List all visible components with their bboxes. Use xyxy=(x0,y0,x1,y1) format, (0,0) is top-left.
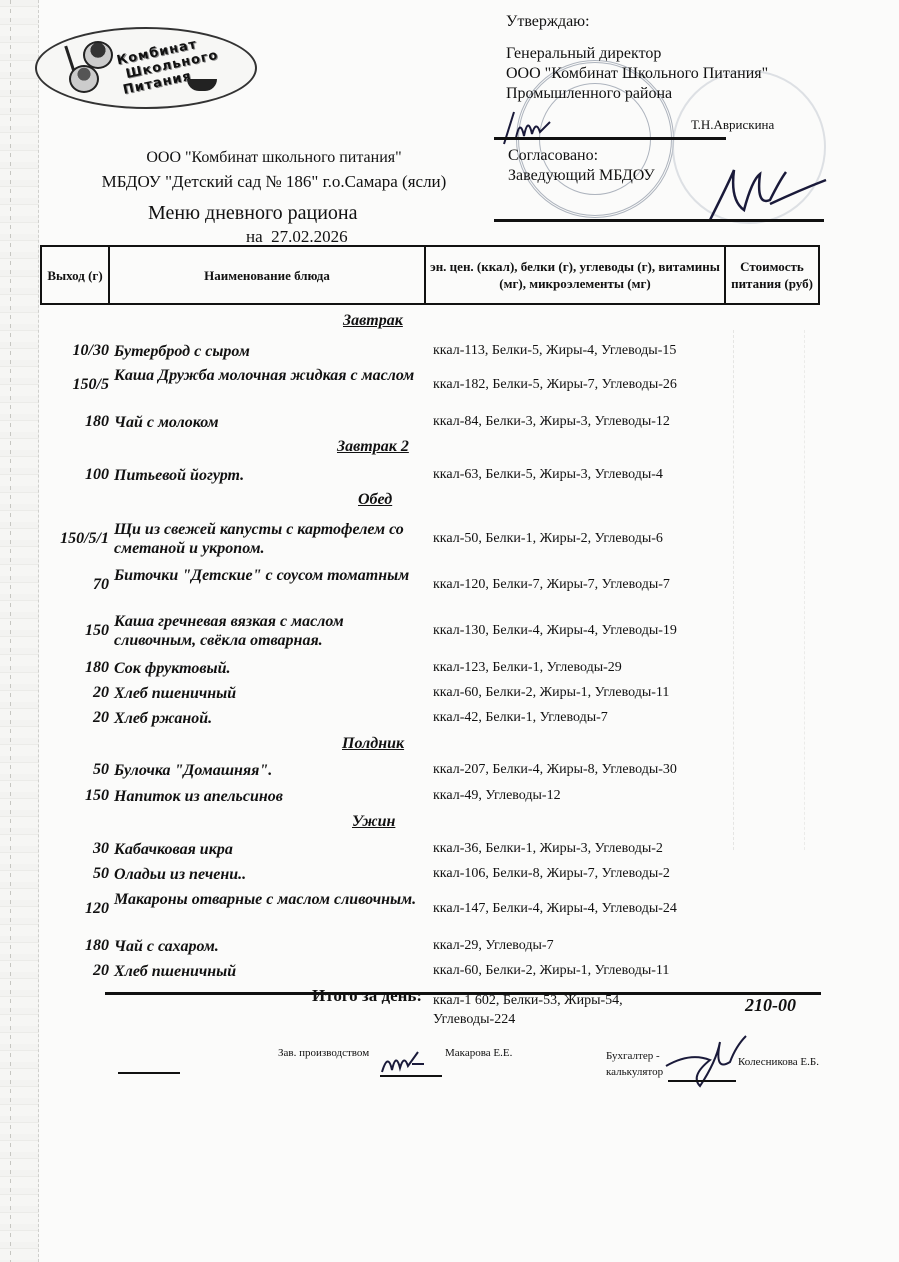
approver-name: Т.Н.Аврискина xyxy=(691,117,774,133)
yield-cell: 30 xyxy=(93,840,109,858)
yield-cell: 10/30 xyxy=(73,342,109,360)
production-name: Макарова Е.Е. xyxy=(445,1045,512,1061)
nutrition-cell: ккал-182, Белки-5, Жиры-7, Углеводы-26 xyxy=(433,377,677,393)
nutrition-cell: ккал-120, Белки-7, Жиры-7, Углеводы-7 xyxy=(433,577,670,593)
document-header: ООО "Комбинат школьного питания" МБДОУ "… xyxy=(0,146,540,194)
agreement-block: Согласовано: Заведующий МБДОУ xyxy=(508,146,655,186)
dish-name-cell: Макароны отварные с маслом сливочным. xyxy=(114,890,424,909)
yield-cell: 20 xyxy=(93,962,109,980)
nutrition-cell: ккал-130, Белки-4, Жиры-4, Углеводы-19 xyxy=(433,623,677,639)
approval-signature-line xyxy=(494,137,726,140)
header-cost: Стоимость питания (руб) xyxy=(726,247,818,303)
total-nutrition: ккал-1 602, Белки-53, Жиры-54, Углеводы-… xyxy=(433,991,673,1029)
header-nutrition: эн. цен. (ккал), белки (г), углеводы (г)… xyxy=(426,247,726,303)
production-label: Зав. производством xyxy=(278,1045,369,1061)
dish-name-cell: Булочка "Домашняя". xyxy=(114,761,424,780)
dish-name-cell: Сок фруктовый. xyxy=(114,659,424,678)
total-label: Итого за день: xyxy=(312,986,422,1006)
header-dish-name: Наименование блюда xyxy=(110,247,426,303)
yield-cell: 150 xyxy=(85,787,109,805)
dish-name-cell: Биточки "Детские" с соусом томатным xyxy=(114,566,424,585)
yield-cell: 150/5 xyxy=(73,376,109,394)
nutrition-cell: ккал-207, Белки-4, Жиры-8, Углеводы-30 xyxy=(433,762,677,778)
logo-children-icon xyxy=(67,41,113,91)
yield-cell: 50 xyxy=(93,761,109,779)
nutrition-cell: ккал-147, Белки-4, Жиры-4, Углеводы-24 xyxy=(433,901,677,917)
yield-cell: 180 xyxy=(85,413,109,431)
yield-cell: 120 xyxy=(85,900,109,918)
yield-cell: 50 xyxy=(93,865,109,883)
blank-signature-line xyxy=(118,1072,180,1074)
approver-signature xyxy=(500,108,560,148)
nutrition-cell: ккал-36, Белки-1, Жиры-3, Углеводы-2 xyxy=(433,841,663,857)
date-value: 27.02.2026 xyxy=(271,227,348,246)
section-heading: Ужин xyxy=(352,813,395,831)
total-cost: 210-00 xyxy=(745,995,796,1016)
yield-cell: 180 xyxy=(85,659,109,677)
company-logo: Комбинат Школьного Питания xyxy=(35,27,257,109)
approver-position: Генеральный директор xyxy=(506,44,768,64)
dish-name-cell: Хлеб пшеничный xyxy=(114,684,424,703)
yield-cell: 70 xyxy=(93,576,109,594)
dish-name-cell: Каша гречневая вязкая с маслом сливочным… xyxy=(114,612,424,650)
logo-text: Комбинат Школьного Питания xyxy=(116,31,233,98)
menu-table-header: Выход (г) Наименование блюда эн. цен. (к… xyxy=(40,245,820,305)
yield-cell: 20 xyxy=(93,709,109,727)
yield-cell: 150 xyxy=(85,622,109,640)
section-heading: Завтрак xyxy=(343,312,403,330)
section-heading: Завтрак 2 xyxy=(337,438,409,456)
nutrition-cell: ккал-106, Белки-8, Жиры-7, Углеводы-2 xyxy=(433,866,670,882)
nutrition-cell: ккал-29, Углеводы-7 xyxy=(433,938,554,954)
agreed-position: Заведующий МБДОУ xyxy=(508,166,655,186)
yield-cell: 150/5/1 xyxy=(60,530,109,548)
dish-name-cell: Кабачковая икра xyxy=(114,840,424,859)
dish-name-cell: Хлеб пшеничный xyxy=(114,962,424,981)
dish-name-cell: Бутерброд с сыром xyxy=(114,342,424,361)
accountant-name: Колесникова Е.Б. xyxy=(738,1054,819,1070)
yield-cell: 100 xyxy=(85,466,109,484)
dish-name-cell: Чай с сахаром. xyxy=(114,937,424,956)
nutrition-cell: ккал-50, Белки-1, Жиры-2, Углеводы-6 xyxy=(433,531,663,547)
yield-cell: 20 xyxy=(93,684,109,702)
dish-name-cell: Каша Дружба молочная жидкая с маслом xyxy=(114,366,424,385)
dish-name-cell: Питьевой йогурт. xyxy=(114,466,424,485)
dish-name-cell: Чай с молоком xyxy=(114,413,424,432)
nutrition-cell: ккал-60, Белки-2, Жиры-1, Углеводы-11 xyxy=(433,963,669,979)
header-yield: Выход (г) xyxy=(42,247,110,303)
dish-name-cell: Напиток из апельсинов xyxy=(114,787,424,806)
nutrition-cell: ккал-63, Белки-5, Жиры-3, Углеводы-4 xyxy=(433,467,663,483)
bleed-through-column xyxy=(733,330,805,850)
org-name: ООО "Комбинат школьного питания" xyxy=(0,146,540,170)
dish-name-cell: Оладьи из печени.. xyxy=(114,865,424,884)
production-signature xyxy=(378,1046,448,1078)
dish-name-cell: Хлеб ржаной. xyxy=(114,709,424,728)
approval-block: Утверждаю: Генеральный директор ООО "Ком… xyxy=(506,12,768,104)
menu-date: на 27.02.2026 xyxy=(246,227,348,247)
dish-name-cell: Щи из свежей капусты с картофелем со сме… xyxy=(114,520,424,558)
agreement-signature-line xyxy=(494,219,824,222)
nutrition-cell: ккал-42, Белки-1, Углеводы-7 xyxy=(433,710,608,726)
nutrition-cell: ккал-49, Углеводы-12 xyxy=(433,788,561,804)
accountant-signature xyxy=(660,1032,750,1092)
agreed-label: Согласовано: xyxy=(508,146,655,166)
approve-label: Утверждаю: xyxy=(506,12,768,32)
page-title: Меню дневного рациона xyxy=(148,202,358,225)
approver-district: Промышленного района xyxy=(506,84,768,104)
nutrition-cell: ккал-60, Белки-2, Жиры-1, Углеводы-11 xyxy=(433,685,669,701)
production-signature-line xyxy=(380,1075,442,1077)
nutrition-cell: ккал-123, Белки-1, Углеводы-29 xyxy=(433,660,622,676)
section-heading: Полдник xyxy=(342,735,404,753)
accountant-signature-line xyxy=(668,1080,736,1082)
nutrition-cell: ккал-84, Белки-3, Жиры-3, Углеводы-12 xyxy=(433,414,670,430)
nutrition-cell: ккал-113, Белки-5, Жиры-4, Углеводы-15 xyxy=(433,343,676,359)
institution-name: МБДОУ "Детский сад № 186" г.о.Самара (яс… xyxy=(0,170,540,194)
yield-cell: 180 xyxy=(85,937,109,955)
section-heading: Обед xyxy=(358,491,392,509)
logo-bowl-icon xyxy=(187,79,217,91)
approver-company: ООО "Комбинат Школьного Питания" xyxy=(506,64,768,84)
